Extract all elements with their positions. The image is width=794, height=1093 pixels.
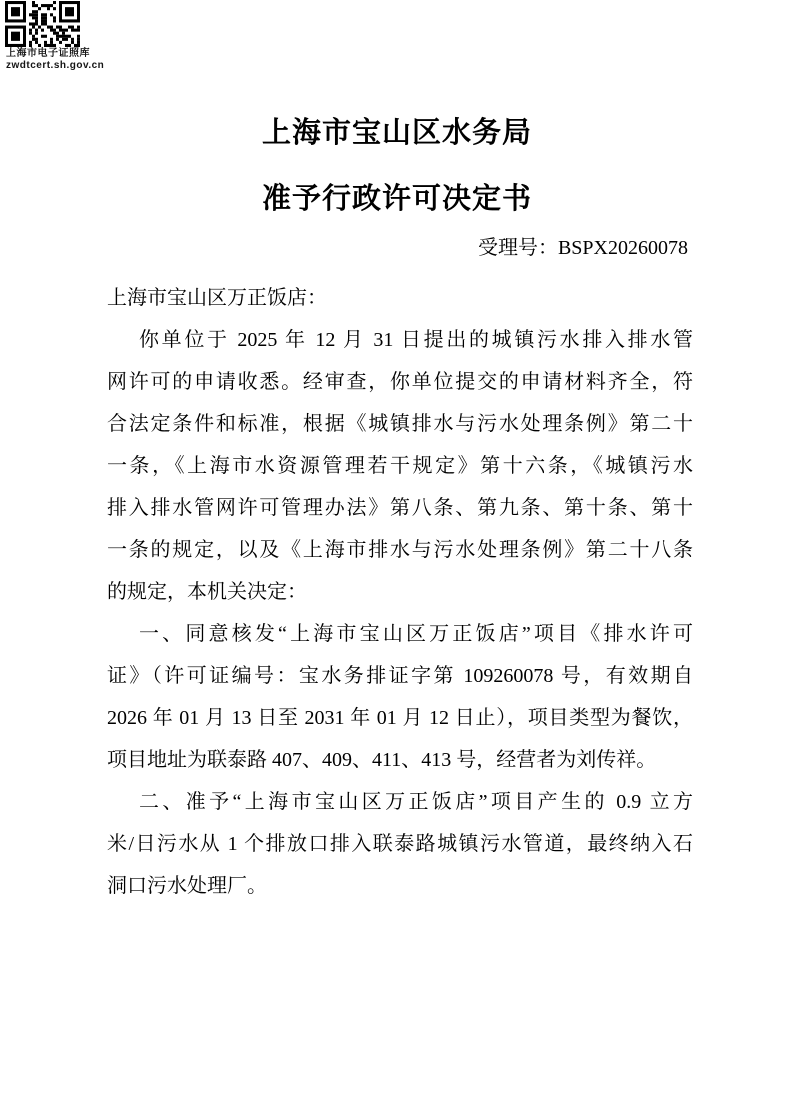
acceptance-label: 受理号： <box>478 237 558 259</box>
body-line: 2026 年 01 月 13 日至 2031 年 01 月 12 日止），项目类… <box>107 697 693 739</box>
body-line: 证》（许可证编号：宝水务排证字第 109260078 号，有效期自 <box>107 655 693 697</box>
qr-code-image <box>5 1 80 47</box>
body-line: 洞口污水处理厂。 <box>107 865 693 907</box>
body-line: 米/日污水从 1 个排放口排入联泰路城镇污水管道，最终纳入石 <box>107 823 693 865</box>
body-line: 你单位于 2025 年 12 月 31 日提出的城镇污水排入排水管 <box>107 319 693 361</box>
body-line: 一条，《上海市水资源管理若干规定》第十六条，《城镇污水 <box>107 445 693 487</box>
qr-code <box>5 1 80 47</box>
body-line: 上海市宝山区万正饭店： <box>107 277 693 319</box>
qr-caption-line1: 上海市电子证照库 <box>6 48 104 60</box>
body-line: 合法定条件和标准，根据《城镇排水与污水处理条例》第二十 <box>107 403 693 445</box>
body-line: 排入排水管网许可管理办法》第八条、第九条、第十条、第十 <box>107 487 693 529</box>
qr-caption: 上海市电子证照库 zwdtcert.sh.gov.cn <box>6 48 104 72</box>
document-title: 上海市宝山区水务局 <box>0 114 794 152</box>
document-subtitle: 准予行政许可决定书 <box>0 180 794 218</box>
body-line: 一、同意核发“上海市宝山区万正饭店”项目《排水许可 <box>107 613 693 655</box>
body-line: 项目地址为联泰路 407、409、411、413 号，经营者为刘传祥。 <box>107 739 693 781</box>
document-body: 上海市宝山区万正饭店： 你单位于 2025 年 12 月 31 日提出的城镇污水… <box>107 277 693 907</box>
body-line: 网许可的申请收悉。经审查，你单位提交的申请材料齐全，符 <box>107 361 693 403</box>
body-line: 的规定，本机关决定： <box>107 571 693 613</box>
body-line: 二、准予“上海市宝山区万正饭店”项目产生的 0.9 立方 <box>107 781 693 823</box>
body-line: 一条的规定，以及《上海市排水与污水处理条例》第二十八条 <box>107 529 693 571</box>
document-page: 上海市电子证照库 zwdtcert.sh.gov.cn 上海市宝山区水务局 准予… <box>0 0 794 1093</box>
acceptance-number-line: 受理号：BSPX20260078 <box>478 235 688 261</box>
acceptance-number: BSPX20260078 <box>558 237 688 259</box>
qr-caption-line2: zwdtcert.sh.gov.cn <box>6 60 104 72</box>
